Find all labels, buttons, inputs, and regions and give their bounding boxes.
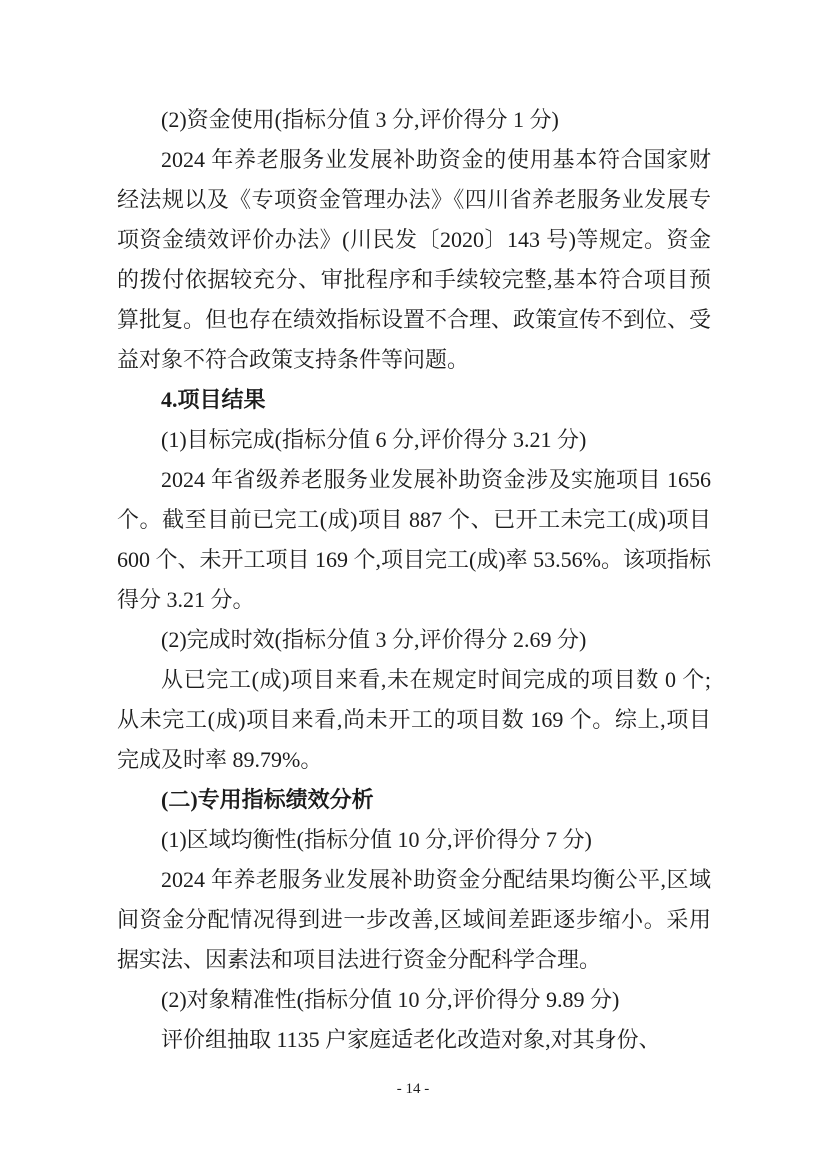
page-number: - 14 -	[0, 1081, 826, 1098]
para-goal-completion-detail: 2024 年省级养老服务业发展补助资金涉及实施项目 1656 个。截至目前已完工…	[117, 460, 711, 620]
subheading-regional-balance: (1)区域均衡性(指标分值 10 分,评价得分 7 分)	[117, 820, 711, 860]
para-regional-balance-detail: 2024 年养老服务业发展补助资金分配结果均衡公平,区域间资金分配情况得到进一步…	[117, 860, 711, 980]
document-body: (2)资金使用(指标分值 3 分,评价得分 1 分) 2024 年养老服务业发展…	[117, 100, 711, 1060]
heading-special-indicator-analysis: (二)专用指标绩效分析	[117, 780, 711, 820]
para-target-precision-detail: 评价组抽取 1135 户家庭适老化改造对象,对其身份、	[117, 1020, 711, 1060]
para-completion-timeliness-detail: 从已完工(成)项目来看,未在规定时间完成的项目数 0 个;从未完工(成)项目来看…	[117, 660, 711, 780]
subheading-fund-usage: (2)资金使用(指标分值 3 分,评价得分 1 分)	[117, 100, 711, 140]
heading-project-results: 4.项目结果	[117, 380, 711, 420]
subheading-goal-completion: (1)目标完成(指标分值 6 分,评价得分 3.21 分)	[117, 420, 711, 460]
para-fund-usage-detail: 2024 年养老服务业发展补助资金的使用基本符合国家财经法规以及《专项资金管理办…	[117, 140, 711, 380]
subheading-completion-timeliness: (2)完成时效(指标分值 3 分,评价得分 2.69 分)	[117, 620, 711, 660]
document-page: (2)资金使用(指标分值 3 分,评价得分 1 分) 2024 年养老服务业发展…	[0, 0, 826, 1169]
subheading-target-precision: (2)对象精准性(指标分值 10 分,评价得分 9.89 分)	[117, 980, 711, 1020]
